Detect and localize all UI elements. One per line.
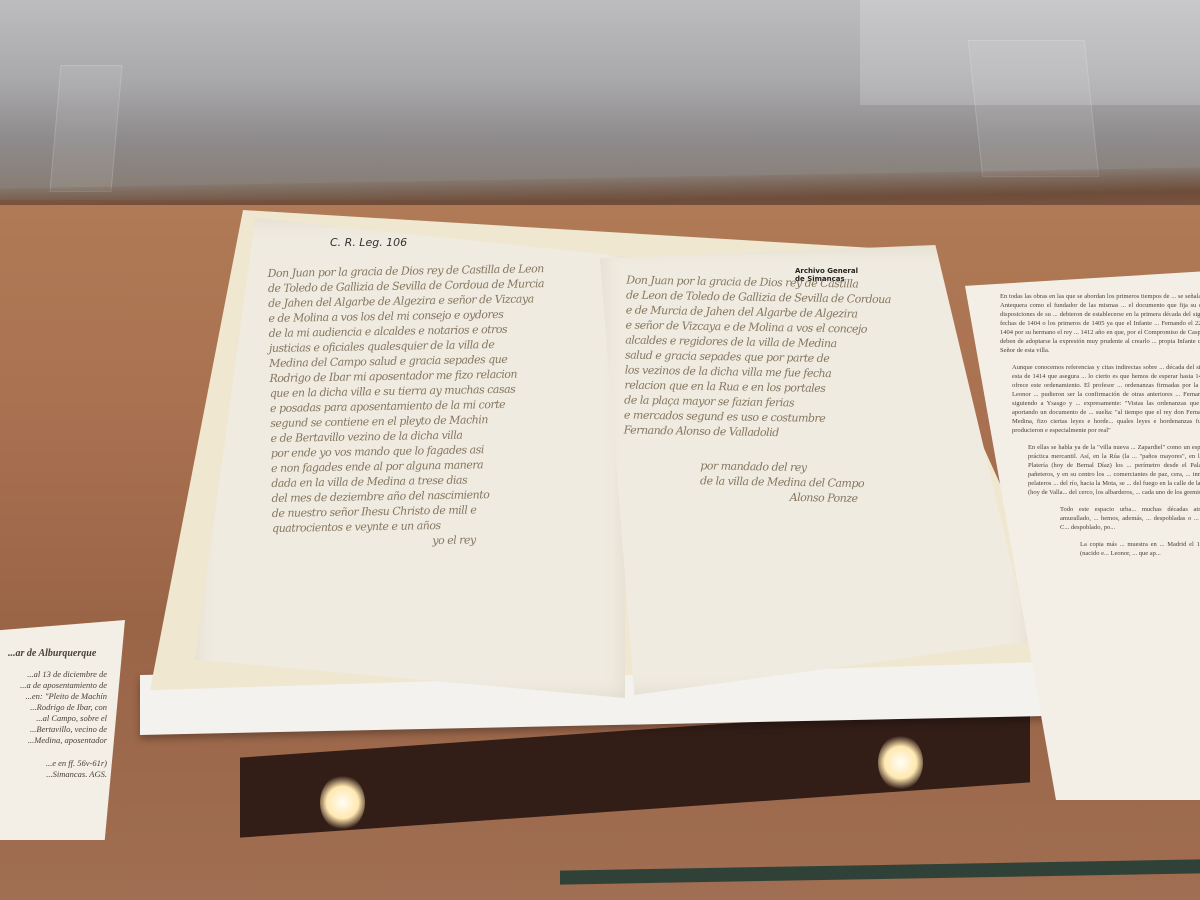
info-placard-left: ...ar de Alburquerque ...al 13 de diciem… <box>0 620 125 840</box>
placard-paragraph: En ellas se habla ya de la "villa nueva … <box>1000 443 1200 497</box>
right-page-script-bottom: por mandado del rey de la villa de Medin… <box>700 458 901 506</box>
spotlight-reflection-left <box>320 775 365 830</box>
placard-paragraph: Todo este espacio urba... muchas décadas… <box>1000 505 1200 532</box>
placard-paragraph: La copia más ... muestra en ... Madrid e… <box>1000 540 1200 558</box>
right-page-script-top: Don Juan por la gracia de Dios rey de Ca… <box>624 272 917 442</box>
reflected-light-panel <box>860 0 1200 105</box>
placard-right-text: En todas las obras en las que se abordan… <box>1000 292 1200 566</box>
placard-left-body: ...al 13 de diciembre de ...a de aposent… <box>18 669 107 780</box>
manuscript-left-page: C. R. Leg. 106 Don Juan por la gracia de… <box>195 218 625 698</box>
catalog-mark: C. R. Leg. 106 <box>330 236 407 249</box>
reflected-frame-left <box>49 65 122 192</box>
spotlight-reflection-right <box>878 735 923 790</box>
placard-paragraph: En todas las obras en las que se abordan… <box>1000 292 1200 355</box>
placard-left-title: ...ar de Alburquerque <box>8 648 125 659</box>
placard-paragraph: Aunque conocemos referencias y citas ind… <box>1000 363 1200 435</box>
left-page-script: Don Juan por la gracia de Dios rey de Ca… <box>268 260 613 551</box>
